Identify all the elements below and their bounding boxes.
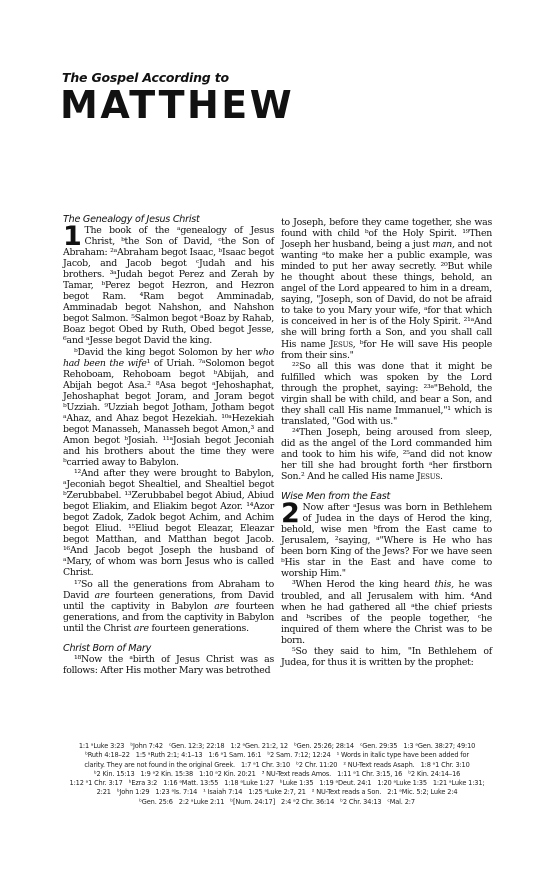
cross-reference: ᵇJohn 1:29 [117,788,150,796]
cross-reference: 1:7 ᵃ1 Chr. 3:10 [241,761,290,769]
cross-reference: 1:2 ᵃGen. 21:2, 12 [230,742,288,750]
verse-text: and not wanting ᵃto make her a public ex… [281,239,492,349]
verse-text: fourteen generations. [149,623,249,634]
paragraph-wise-men: 2Now after ᵃJesus was born in Bethlehem … [281,502,492,579]
paragraph-joseph: to Joseph, before they came together, sh… [281,217,492,361]
footnotes: 1:1 ᵃLuke 3:23ᵇJohn 7:42ᶜGen. 12:3; 22:1… [62,742,492,807]
cross-reference: 2:4 ᵃ2 Chr. 36:14 [281,798,334,806]
paragraph-genealogy-4: ¹⁷So all the generations from Abraham to… [63,579,274,634]
footnote-line: ᵇRuth 4:18–221:5 ᵃRuth 2:1; 4:1–131:6 ᵃ1… [62,751,492,760]
italic-text: are [95,590,110,601]
cross-reference: ᵇEzra 3:2 [129,779,158,787]
cross-reference: 1:19 ᵃDeut. 24:1 [319,779,371,787]
cross-reference: 1:25 ᵃLuke 2:7, 21 [248,788,305,796]
cross-reference: ᵇ[Num. 24:17] [230,798,275,806]
chapter-number-2: 2 [281,503,300,524]
text-note: ³ NU-Text reads Amos. [262,770,331,778]
cross-reference: 1:12 ᵃ1 Chr. 3:17 [70,779,123,787]
cross-reference: ᵇ2 Chr. 34:13 [340,798,381,806]
text-note: ² NU-Text reads a Son. [312,788,381,796]
footnote-line: ᵇ2 Kin. 15:131:9 ᵃ2 Kin. 15:381:10 ᵃ2 Ki… [62,770,492,779]
text-note: ¹ Isaiah 7:14 [203,788,242,796]
cross-reference: ᵇGen. 25:6 [139,798,173,806]
cross-reference: ᵇ2 Chr. 11:20 [296,761,337,769]
footnote-line: 2:21ᵇJohn 1:291:23 ᵃIs. 7:14¹ Isaiah 7:1… [62,788,492,797]
verse-text: ³When Herod the king heard [292,579,435,590]
paragraph-genealogy-1: 1The book of the ᵃgenealogy of Jesus Chr… [63,225,274,347]
text-note: clarity. They are not found in the origi… [84,761,235,769]
small-caps-name: Jesus [330,339,353,350]
cross-reference: 1:6 ᵃ1 Sam. 16:1 [208,751,261,759]
cross-reference: ᶜGen. 29:35 [360,742,397,750]
footnote-line: 1:12 ᵃ1 Chr. 3:17ᵇEzra 3:21:16 ᵃMatt. 13… [62,779,492,788]
cross-reference: 1:5 ᵃRuth 2:1; 4:1–13 [136,751,203,759]
cross-reference: 1:16 ᵃMatt. 13:55 [163,779,218,787]
cross-reference: ᵇ2 Kin. 24:14–16 [408,770,460,778]
cross-reference: 2:21 [97,788,111,796]
cross-reference: 1:23 ᵃIs. 7:14 [155,788,197,796]
cross-reference: ᵇRuth 4:18–22 [85,751,130,759]
cross-reference: 1:20 ᵃLuke 1:35 [377,779,427,787]
cross-reference: 2:2 ᵃLuke 2:11 [179,798,224,806]
cross-reference: 1:9 ᵃ2 Kin. 15:38 [141,770,194,778]
section-heading-genealogy: The Genealogy of Jesus Christ [63,214,274,225]
cross-reference: 1:18 ᵃLuke 1:27 [224,779,274,787]
italic-text: this, [435,579,454,590]
book-title: MATTHEW [60,86,294,124]
cross-reference: 1:3 ᵃGen. 38:27; 49:10 [403,742,475,750]
italic-text: are [134,623,149,634]
paragraph-bethlehem: ⁵So they said to him, "In Bethlehem of J… [281,646,492,668]
verse-text: ²⁴Then Joseph, being aroused from sleep,… [281,427,492,482]
cross-reference: ᵇJohn 7:42 [130,742,163,750]
section-heading-christ-born: Christ Born of Mary [63,643,274,654]
cross-reference: 2:1 ᵃMic. 5:2; Luke 2:4 [387,788,457,796]
cross-reference: ᶜGen. 12:3; 22:18 [169,742,225,750]
verse-text: Now after ᵃJesus was born in Bethlehem o… [281,502,492,579]
section-heading-wise-men: Wise Men from the East [281,491,492,502]
bible-page: The Gospel According to MATTHEW The Gene… [0,0,549,873]
paragraph-joseph-aroused: ²⁴Then Joseph, being aroused from sleep,… [281,427,492,482]
footnote-line: 1:1 ᵃLuke 3:23ᵇJohn 7:42ᶜGen. 12:3; 22:1… [62,742,492,751]
cross-reference: ᶜMal. 2:7 [387,798,414,806]
paragraph-genealogy-2: ᵇDavid the king begot Solomon by her who… [63,347,274,469]
small-caps-name: Jesus [417,471,440,482]
right-column: to Joseph, before they came together, sh… [281,217,492,668]
cross-reference: 1:1 ᵃLuke 3:23 [79,742,124,750]
cross-reference: ᵇ2 Kin. 15:13 [94,770,135,778]
cross-reference: ᵇ2 Sam. 7:12; 12:24 [267,751,330,759]
verse-text: ᵇDavid the king begot Solomon by her [74,347,255,358]
cross-reference: 1:8 ᵃ1 Chr. 3:10 [421,761,470,769]
left-column: The Genealogy of Jesus Christ 1The book … [63,214,274,676]
cross-reference: ᵇGen. 25:26; 28:14 [294,742,354,750]
text-note: ¹ Words in italic type have been added f… [337,751,469,759]
cross-reference: 1:10 ᵃ2 Kin. 20:21 [199,770,256,778]
cross-reference: 1:11 ᵃ1 Chr. 3:15, 16 [337,770,402,778]
paragraph-herod: ³When Herod the king heard this, he was … [281,579,492,645]
footnote-line: clarity. They are not found in the origi… [62,761,492,770]
italic-text: are [214,601,229,612]
paragraph-christ-born: ¹⁸Now the ᵃbirth of Jesus Christ was as … [63,654,274,676]
italic-text: man, [432,239,454,250]
text-note: ² NU-Text reads Asaph. [343,761,414,769]
verse-text: ¹ of Uriah. ⁷ᵃSolomon begot Rehoboam, Re… [63,358,274,468]
verse-text: The book of the ᵃgenealogy of Jesus Chri… [63,225,274,346]
cross-reference: 1:21 ᵃLuke 1:31; [433,779,485,787]
footnote-line: ᵇGen. 25:62:2 ᵃLuke 2:11ᵇ[Num. 24:17]2:4… [62,798,492,807]
paragraph-genealogy-3: ¹²And after they were brought to Babylon… [63,468,274,578]
cross-reference: ᵇLuke 1:35 [280,779,314,787]
paragraph-fulfilled: ²²So all this was done that it might be … [281,361,492,427]
chapter-number-1: 1 [63,226,82,247]
verse-text: . [440,471,443,482]
